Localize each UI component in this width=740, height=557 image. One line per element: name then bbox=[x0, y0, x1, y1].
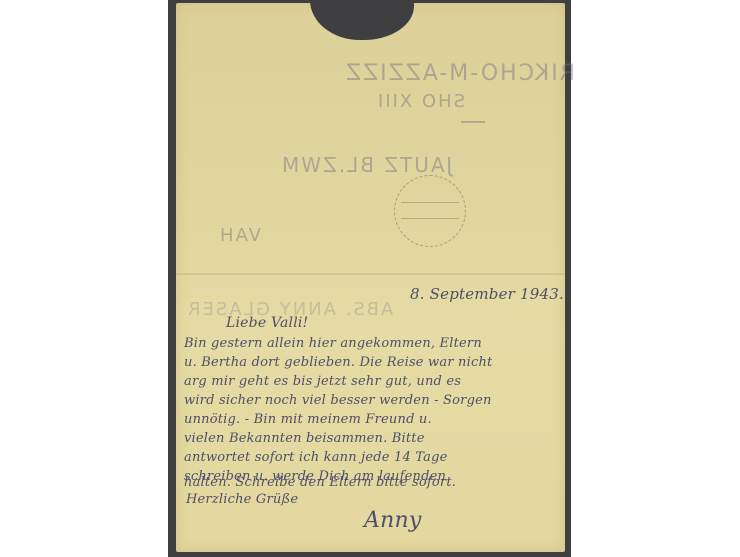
letter-line: arg mir geht es bis jetzt sehr gut, und … bbox=[184, 374, 461, 389]
letter-greeting: Liebe Valli! bbox=[226, 315, 308, 331]
letter-line: Bin gestern allein hier angekommen, Elte… bbox=[184, 336, 482, 351]
letter-signature: Anny bbox=[364, 508, 421, 533]
letter-line: vielen Bekannten beisammen. Bitte bbox=[184, 431, 425, 446]
ghost-stamp-3: JAUTZ BL.ZWM bbox=[280, 153, 452, 177]
letter-date: 8. September 1943. bbox=[410, 285, 564, 303]
ghost-stamp-2: SHO XIII bbox=[376, 91, 465, 112]
letter-line: unnötig. - Bin mit meinem Freund u. bbox=[184, 412, 432, 427]
postcard: RIKCHO-M-AZZIZZ SHO XIII JAUTZ BL.ZWM VA… bbox=[176, 3, 565, 552]
letter-line: wird sicher noch viel besser werden - So… bbox=[184, 393, 492, 408]
postmark-circle bbox=[394, 175, 466, 247]
torn-notch bbox=[310, 0, 414, 40]
ghost-stamp-4: VAH bbox=[218, 225, 261, 246]
ghost-underline bbox=[461, 121, 485, 123]
letter-line: antwortet sofort ich kann jede 14 Tage bbox=[184, 450, 448, 465]
letter-closing: Herzliche Grüße bbox=[186, 492, 298, 507]
letter-line: halten. Schreibe den Eltern bitte sofort… bbox=[184, 475, 456, 490]
fold-crease bbox=[176, 273, 565, 275]
ghost-stamp-1: RIKCHO-M-AZZIZZ bbox=[344, 61, 575, 86]
letter-line: u. Bertha dort geblieben. Die Reise war … bbox=[184, 355, 492, 370]
